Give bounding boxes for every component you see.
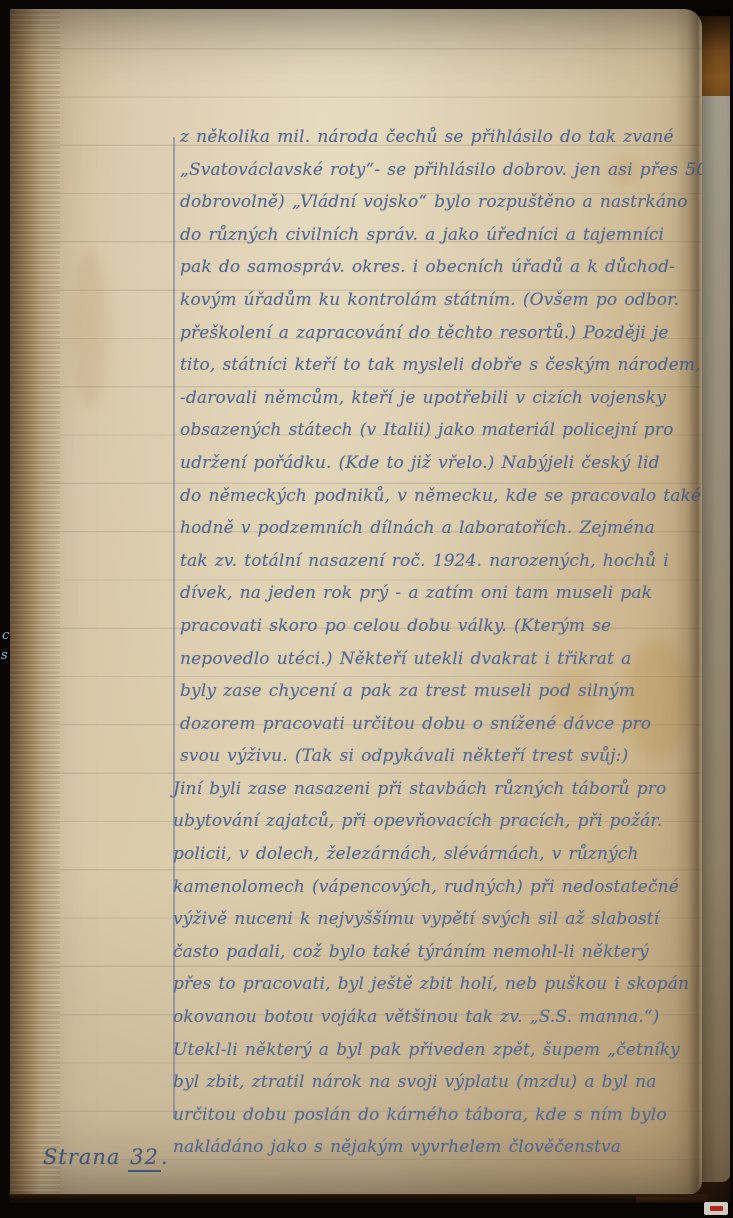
handwritten-line: „Svatováclavské roty“- se přihlásilo dob… — [180, 154, 702, 187]
handwritten-line: byl zbit, ztratil nárok na svoji výplatu… — [173, 1066, 702, 1099]
handwritten-line: ubytování zajatců, při opevňovacích prac… — [173, 805, 702, 838]
handwritten-line: pak do samospráv. okres. i obecních úřad… — [180, 251, 702, 284]
handwriting-block: z několika mil. národa čechů se přihlási… — [180, 121, 702, 1164]
handwritten-line: Jiní byli zase nasazeni při stavbách růz… — [173, 773, 702, 806]
handwritten-line: obsazených státech (v Italii) jako mater… — [180, 414, 702, 447]
handwritten-line: výživě nuceni k nejvyššímu vypětí svých … — [173, 903, 702, 936]
handwritten-line: hodně v podzemních dílnách a laboratoříc… — [180, 512, 702, 545]
photo-frame: { "page": { "ink_color": "#566992", "pap… — [0, 0, 733, 1218]
handwritten-line: do německých podniků, v německu, kde se … — [180, 480, 702, 513]
handwritten-line: byly zase chycení a pak za trest museli … — [180, 675, 702, 708]
handwritten-line: nakládáno jako s nějakým vyvrhelem člově… — [173, 1131, 702, 1164]
handwritten-line: kovým úřadům ku kontrolám státním. (Ovše… — [180, 284, 702, 317]
handwritten-line: policii, v dolech, železárnách, slévárná… — [173, 838, 702, 871]
handwritten-line: pracovati skoro po celou dobu války. (Kt… — [180, 610, 702, 643]
photo-border — [0, 1203, 733, 1218]
watermark-icon — [704, 1202, 728, 1215]
handwritten-line: -darovali němcům, kteří je upotřebili v … — [180, 382, 702, 415]
handwritten-line: dívek, na jeden rok prý - a zatím oni ta… — [180, 577, 702, 610]
handwritten-line: kamenolomech (vápencových, rudných) při … — [173, 871, 702, 904]
handwritten-line: Utekl-li některý a byl pak přiveden zpět… — [173, 1034, 702, 1067]
handwritten-line: okovanou botou vojáka většinou tak zv. „… — [173, 1001, 702, 1034]
stray-ink-mark: c — [2, 628, 9, 643]
page-number-value: 32 — [128, 1145, 161, 1172]
photo-border — [0, 0, 10, 1218]
red-bar-icon — [710, 1206, 723, 1211]
handwritten-line: dobrovolně) „Vládní vojsko“ bylo rozpušt… — [180, 186, 702, 219]
handwritten-line: tito, státníci kteří to tak mysleli dobř… — [180, 349, 702, 382]
handwritten-line: dozorem pracovati určitou dobu o snížené… — [180, 708, 702, 741]
handwritten-line: svou výživu. (Tak si odpykávali někteří … — [180, 740, 702, 773]
page-edge-stack — [10, 9, 60, 1195]
handwritten-line: přes to pracovati, byl ještě zbit holí, … — [173, 968, 702, 1001]
stray-ink-mark: s — [1, 648, 8, 663]
paper-stain — [70, 249, 110, 409]
handwritten-line: udržení pořádku. (Kde to již vřelo.) Nab… — [180, 447, 702, 480]
notebook-page: z několika mil. národa čechů se přihlási… — [10, 9, 702, 1195]
handwritten-line: z několika mil. národa čechů se přihlási… — [180, 121, 702, 154]
photo-border — [0, 0, 733, 9]
handwritten-line: nepovedlo utéci.) Někteří utekli dvakrat… — [180, 643, 702, 676]
page-number-period: . — [161, 1145, 169, 1169]
page-number-word: Strana — [43, 1145, 120, 1169]
handwritten-line: určitou dobu poslán do kárného tábora, k… — [173, 1099, 702, 1132]
page-number-label: Strana 32. — [43, 1145, 169, 1169]
handwritten-line: často padali, což bylo také týráním nemo… — [173, 936, 702, 969]
handwritten-line: tak zv. totální nasazení roč. 1924. naro… — [180, 545, 702, 578]
handwritten-line: do různých civilních správ. a jako úředn… — [180, 219, 702, 252]
handwritten-line: přeškolení a zapracování do těchto resor… — [180, 317, 702, 350]
